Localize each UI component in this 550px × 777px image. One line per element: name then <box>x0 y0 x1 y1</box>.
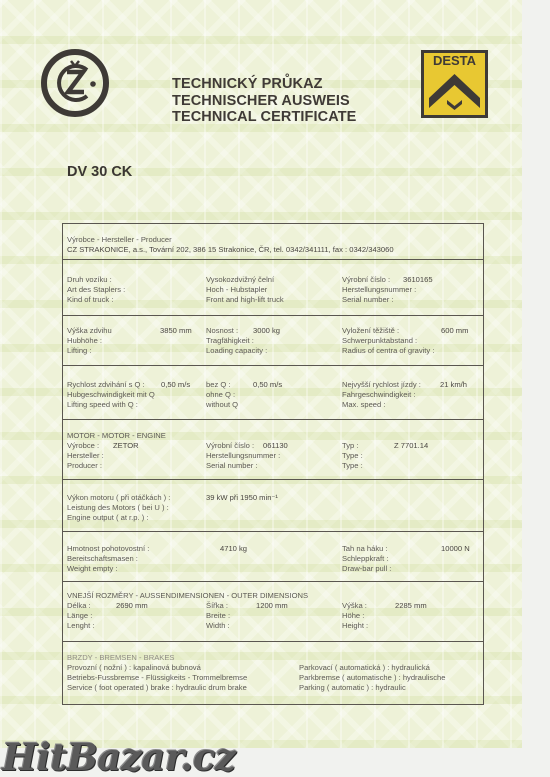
truck-kind-label: Druh vozíku :Art des Staplers :Kind of t… <box>67 275 125 306</box>
engine-type-label: Typ :Type :Type : <box>342 441 363 472</box>
watermark-text: HitBazar.cz <box>2 735 235 777</box>
weight-value: 4710 kg <box>220 544 247 554</box>
gravity-label: Vyložení těžiště :Schwerpunktabstand :Ra… <box>342 326 434 357</box>
producer-label: Výrobce - Hersteller - Producer <box>67 235 172 245</box>
max-speed-value: 21 km/h <box>440 380 467 390</box>
parking-brake-text: Parkovací ( automatická ) : hydraulickáP… <box>299 663 445 694</box>
gravity-value: 600 mm <box>441 326 468 336</box>
lift-speed-label: Rychlost zdvihání s Q :Hubgeschwindigkei… <box>67 380 155 411</box>
length-value: 2690 mm <box>116 601 148 611</box>
engine-type-value: Z 7701.14 <box>394 441 428 451</box>
height-value: 2285 mm <box>395 601 427 611</box>
cz-logo-icon <box>40 48 110 118</box>
dimensions-row: VNEJŠÍ ROZMĚRY - AUSSENDIMENSIONEN - OUT… <box>63 581 483 642</box>
model-name: DV 30 CK <box>67 164 132 180</box>
truck-serial-value: 3610165 <box>403 275 433 285</box>
title-de: TECHNISCHER AUSWEIS <box>172 93 356 110</box>
desta-logo-icon: DESTA <box>421 50 488 118</box>
engine-row: MOTOR - MOTOR - ENGINE Výrobce :Herstell… <box>63 419 483 480</box>
capacity-value: 3000 kg <box>253 326 280 336</box>
weight-label: Hmotnost pohotovostní :Bereitschaftsmase… <box>67 544 149 575</box>
spec-table: Výrobce - Hersteller - Producer CZ STRAK… <box>62 223 484 705</box>
title-cz: TECHNICKÝ PRŮKAZ <box>172 76 356 93</box>
dimensions-heading: VNEJŠÍ ROZMĚRY - AUSSENDIMENSIONEN - OUT… <box>67 591 308 601</box>
producer-value: CZ STRAKONICE, a.s., Tovární 202, 386 15… <box>67 245 394 255</box>
width-value: 1200 mm <box>256 601 288 611</box>
brakes-row: BRZDY - BREMSEN - BRAKES Provozní ( nožn… <box>63 641 483 704</box>
lift-height-value: 3850 mm <box>160 326 192 336</box>
max-speed-label: Nejvyšší rychlost jízdy :Fahrgeschwindig… <box>342 380 421 411</box>
certificate-page: TECHNICKÝ PRŮKAZ TECHNISCHER AUSWEIS TEC… <box>0 0 522 748</box>
lift-height-label: Výška zdvihuHubhöhe :Lifting : <box>67 326 112 357</box>
engine-output-label: Výkon motoru ( při otáčkách ) :Leistung … <box>67 493 170 524</box>
draw-bar-pull-label: Tah na háku :Schleppkraft :Draw-bar pull… <box>342 544 391 575</box>
lifting-row: Výška zdvihuHubhöhe :Lifting : 3850 mm N… <box>63 315 483 366</box>
engine-heading: MOTOR - MOTOR - ENGINE <box>67 431 166 441</box>
svg-text:DESTA: DESTA <box>433 53 477 68</box>
speed-row: Rychlost zdvihání s Q :Hubgeschwindigkei… <box>63 365 483 420</box>
title-en: TECHNICAL CERTIFICATE <box>172 109 356 126</box>
truck-kind-value: Vysokozdvižný čelníHoch - HubstaplerFron… <box>206 275 284 306</box>
speed-without-q-label: bez Q :ohne Q :without Q <box>206 380 238 411</box>
length-label: Délka :Länge :Lenght : <box>67 601 94 632</box>
height-label: Výška :Höhe :Height : <box>342 601 368 632</box>
engine-maker-label: Výrobce :Hersteller :Producer : <box>67 441 104 472</box>
engine-output-value: 39 kW při 1950 min⁻¹ <box>206 493 278 503</box>
speed-without-q-value: 0,50 m/s <box>253 380 282 390</box>
truck-row: Druh vozíku :Art des Staplers :Kind of t… <box>63 259 483 316</box>
engine-output-row: Výkon motoru ( při otáčkách ) :Leistung … <box>63 479 483 532</box>
engine-maker-value: ZETOR <box>113 441 139 451</box>
weight-row: Hmotnost pohotovostní :Bereitschaftsmase… <box>63 531 483 582</box>
service-brake-text: Provozní ( nožní ) : kapalinová bubnováB… <box>67 663 247 694</box>
width-label: Šířka :Breite :Width : <box>206 601 230 632</box>
producer-row: Výrobce - Hersteller - Producer CZ STRAK… <box>63 224 483 260</box>
brakes-heading: BRZDY - BREMSEN - BRAKES <box>67 653 174 663</box>
draw-bar-pull-value: 10000 N <box>441 544 470 554</box>
engine-serial-value: 061130 <box>263 441 288 451</box>
lift-speed-value: 0,50 m/s <box>161 380 190 390</box>
document-title: TECHNICKÝ PRŮKAZ TECHNISCHER AUSWEIS TEC… <box>172 76 356 126</box>
